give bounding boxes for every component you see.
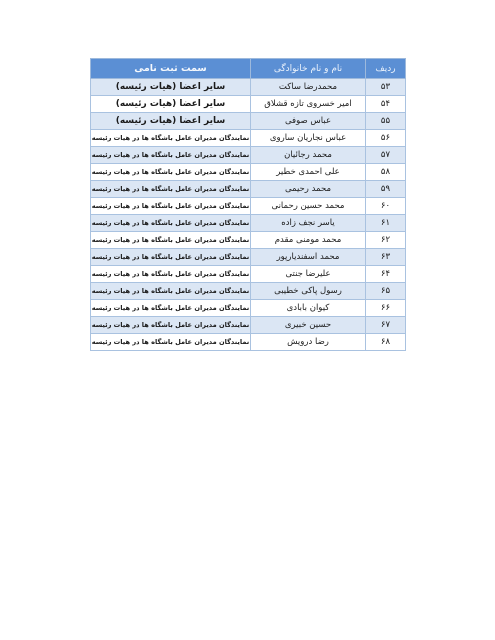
role-cell: سایر اعضا (هیات رئیسه)	[91, 79, 251, 96]
role-cell: نمایندگان مدیران عامل باشگاه ها در هیات …	[91, 232, 251, 249]
role-cell: نمایندگان مدیران عامل باشگاه ها در هیات …	[91, 300, 251, 317]
row-number-cell: ۶۱	[366, 215, 406, 232]
role-cell: نمایندگان مدیران عامل باشگاه ها در هیات …	[91, 215, 251, 232]
name-cell: رضا درویش	[251, 334, 366, 351]
role-cell: نمایندگان مدیران عامل باشگاه ها در هیات …	[91, 181, 251, 198]
row-number-cell: ۶۷	[366, 317, 406, 334]
table-row: ۵۴امیر خسروی تازه قشلاقسایر اعضا (هیات ر…	[91, 96, 406, 113]
header-role: سمت ثبت نامی	[91, 59, 251, 79]
row-number-cell: ۶۸	[366, 334, 406, 351]
table-row: ۵۷محمد رجائیاننمایندگان مدیران عامل باشگ…	[91, 147, 406, 164]
name-cell: محمد حسین رحمانی	[251, 198, 366, 215]
table-row: ۵۶عباس نجاریان ساروینمایندگان مدیران عام…	[91, 130, 406, 147]
name-cell: عباس صوفی	[251, 113, 366, 130]
row-number-cell: ۵۵	[366, 113, 406, 130]
row-number-cell: ۶۰	[366, 198, 406, 215]
name-cell: عباس نجاریان ساروی	[251, 130, 366, 147]
table-row: ۵۵عباس صوفیسایر اعضا (هیات رئیسه)	[91, 113, 406, 130]
table-row: ۵۹محمد رحیمینمایندگان مدیران عامل باشگاه…	[91, 181, 406, 198]
row-number-cell: ۶۶	[366, 300, 406, 317]
name-cell: محمدرضا ساکت	[251, 79, 366, 96]
header-full-name: نام و نام خانوادگی	[251, 59, 366, 79]
row-number-cell: ۵۳	[366, 79, 406, 96]
table-row: ۵۸علی احمدی خطیرنمایندگان مدیران عامل با…	[91, 164, 406, 181]
row-number-cell: ۵۷	[366, 147, 406, 164]
table-row: ۶۴علیرضا جنتینمایندگان مدیران عامل باشگا…	[91, 266, 406, 283]
name-cell: امیر خسروی تازه قشلاق	[251, 96, 366, 113]
table-row: ۶۸رضا درویشنمایندگان مدیران عامل باشگاه …	[91, 334, 406, 351]
document-page: ردیف نام و نام خانوادگی سمت ثبت نامی ۵۳م…	[0, 0, 495, 640]
table-row: ۶۵رسول پاکی خطیبینمایندگان مدیران عامل ب…	[91, 283, 406, 300]
table-row: ۵۳محمدرضا ساکتسایر اعضا (هیات رئیسه)	[91, 79, 406, 96]
name-cell: علی احمدی خطیر	[251, 164, 366, 181]
table-header-row: ردیف نام و نام خانوادگی سمت ثبت نامی	[91, 59, 406, 79]
table-row: ۶۳محمد اسفندیارپورنمایندگان مدیران عامل …	[91, 249, 406, 266]
name-cell: محمد رحیمی	[251, 181, 366, 198]
role-cell: سایر اعضا (هیات رئیسه)	[91, 113, 251, 130]
role-cell: نمایندگان مدیران عامل باشگاه ها در هیات …	[91, 249, 251, 266]
row-number-cell: ۶۴	[366, 266, 406, 283]
table-row: ۶۰محمد حسین رحمانینمایندگان مدیران عامل …	[91, 198, 406, 215]
role-cell: نمایندگان مدیران عامل باشگاه ها در هیات …	[91, 334, 251, 351]
row-number-cell: ۶۵	[366, 283, 406, 300]
row-number-cell: ۵۸	[366, 164, 406, 181]
row-number-cell: ۵۶	[366, 130, 406, 147]
role-cell: نمایندگان مدیران عامل باشگاه ها در هیات …	[91, 147, 251, 164]
role-cell: نمایندگان مدیران عامل باشگاه ها در هیات …	[91, 266, 251, 283]
table-row: ۶۲محمد مومنی مقدمنمایندگان مدیران عامل ب…	[91, 232, 406, 249]
role-cell: نمایندگان مدیران عامل باشگاه ها در هیات …	[91, 198, 251, 215]
table-row: ۶۶کیوان بابادینمایندگان مدیران عامل باشگ…	[91, 300, 406, 317]
role-cell: سایر اعضا (هیات رئیسه)	[91, 96, 251, 113]
name-cell: یاسر نجف زاده	[251, 215, 366, 232]
row-number-cell: ۵۴	[366, 96, 406, 113]
table-body: ۵۳محمدرضا ساکتسایر اعضا (هیات رئیسه)۵۴ام…	[91, 79, 406, 351]
role-cell: نمایندگان مدیران عامل باشگاه ها در هیات …	[91, 130, 251, 147]
row-number-cell: ۵۹	[366, 181, 406, 198]
row-number-cell: ۶۳	[366, 249, 406, 266]
row-number-cell: ۶۲	[366, 232, 406, 249]
name-cell: محمد مومنی مقدم	[251, 232, 366, 249]
name-cell: محمد اسفندیارپور	[251, 249, 366, 266]
name-cell: محمد رجائیان	[251, 147, 366, 164]
name-cell: حسین خبیری	[251, 317, 366, 334]
header-row-number: ردیف	[366, 59, 406, 79]
role-cell: نمایندگان مدیران عامل باشگاه ها در هیات …	[91, 283, 251, 300]
role-cell: نمایندگان مدیران عامل باشگاه ها در هیات …	[91, 317, 251, 334]
registration-table: ردیف نام و نام خانوادگی سمت ثبت نامی ۵۳م…	[90, 58, 406, 351]
table-row: ۶۱یاسر نجف زادهنمایندگان مدیران عامل باش…	[91, 215, 406, 232]
name-cell: کیوان بابادی	[251, 300, 366, 317]
name-cell: علیرضا جنتی	[251, 266, 366, 283]
name-cell: رسول پاکی خطیبی	[251, 283, 366, 300]
table-row: ۶۷حسین خبیرینمایندگان مدیران عامل باشگاه…	[91, 317, 406, 334]
role-cell: نمایندگان مدیران عامل باشگاه ها در هیات …	[91, 164, 251, 181]
